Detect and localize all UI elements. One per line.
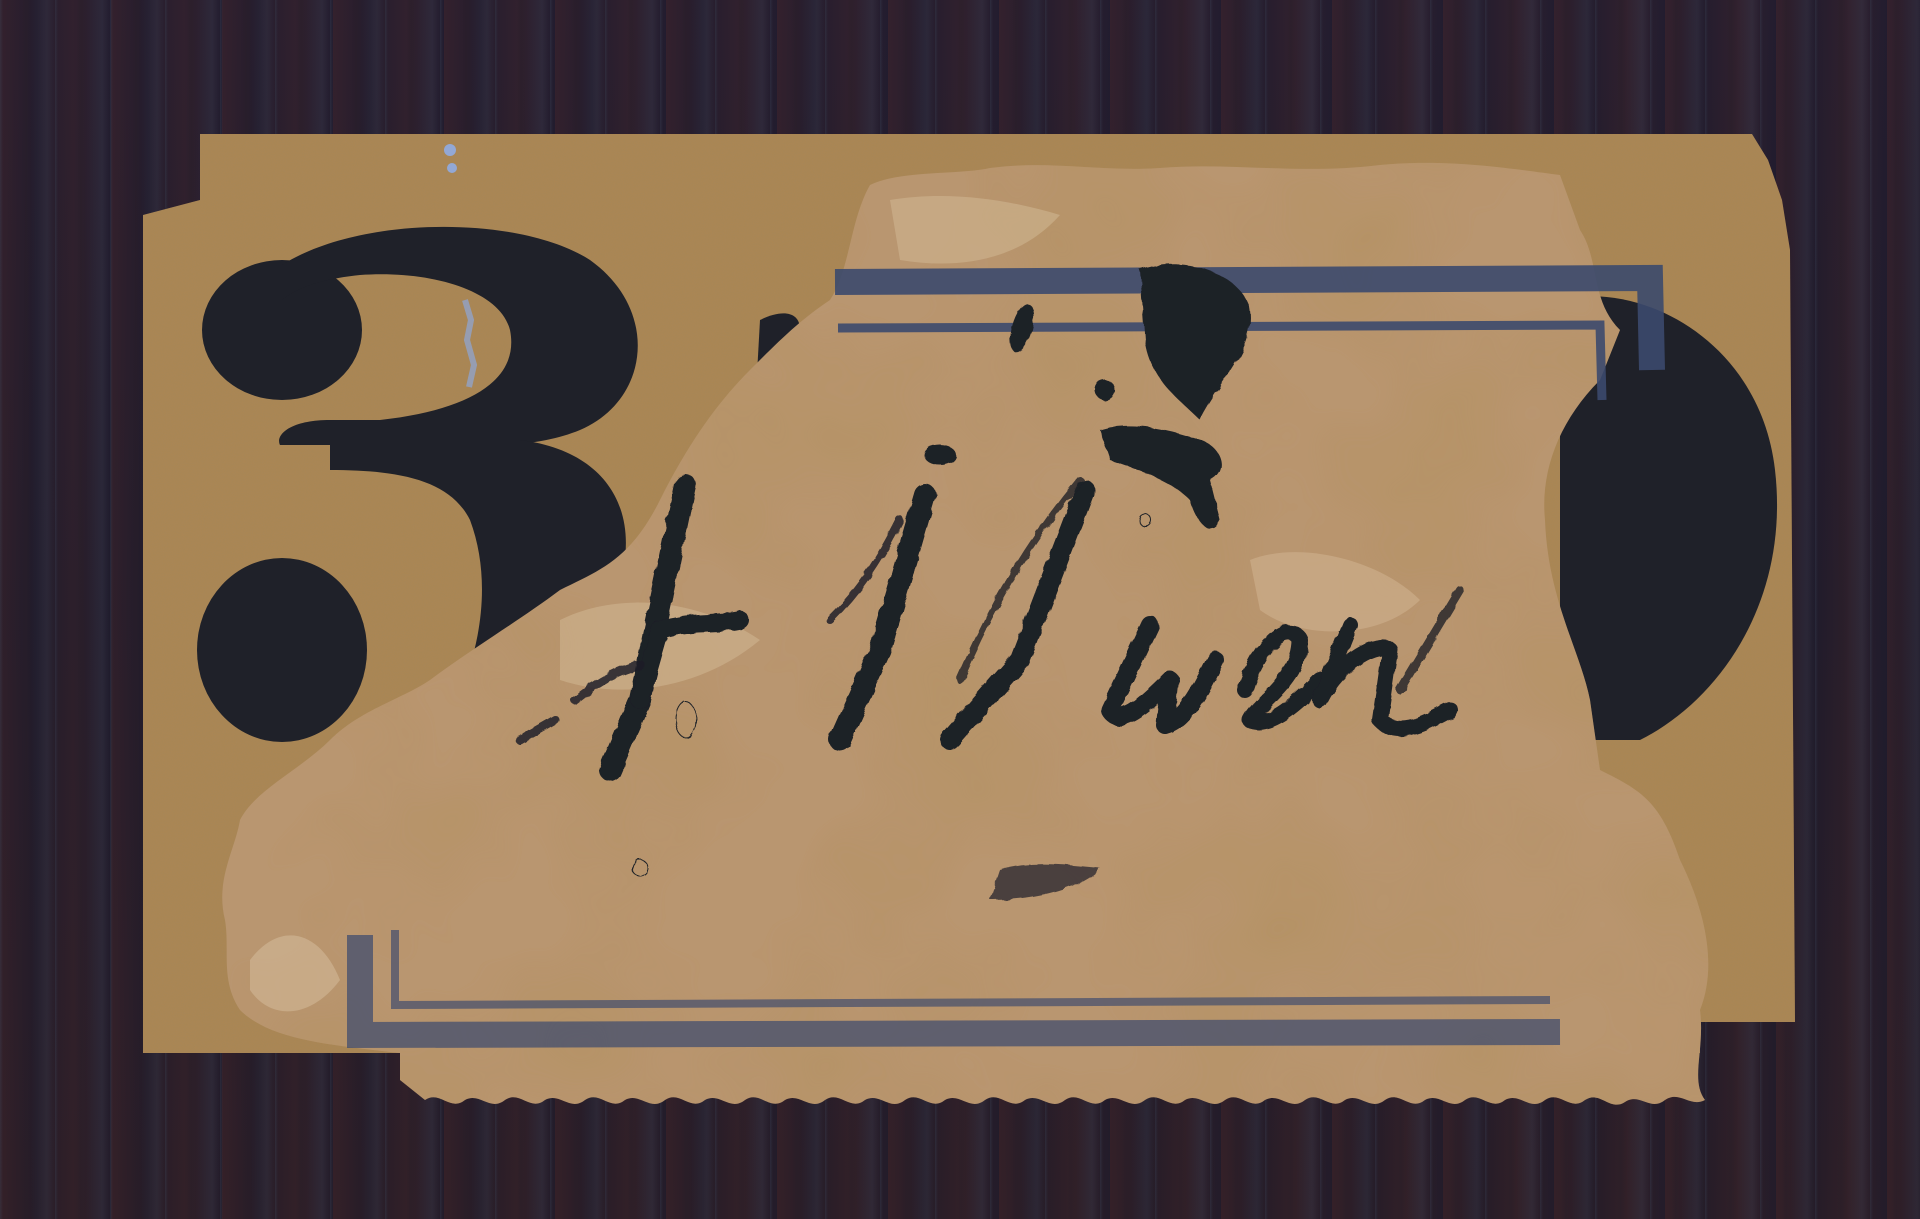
label-photo: [0, 0, 1920, 1219]
photo-scene: 3 A. Muen: [0, 0, 1920, 1219]
